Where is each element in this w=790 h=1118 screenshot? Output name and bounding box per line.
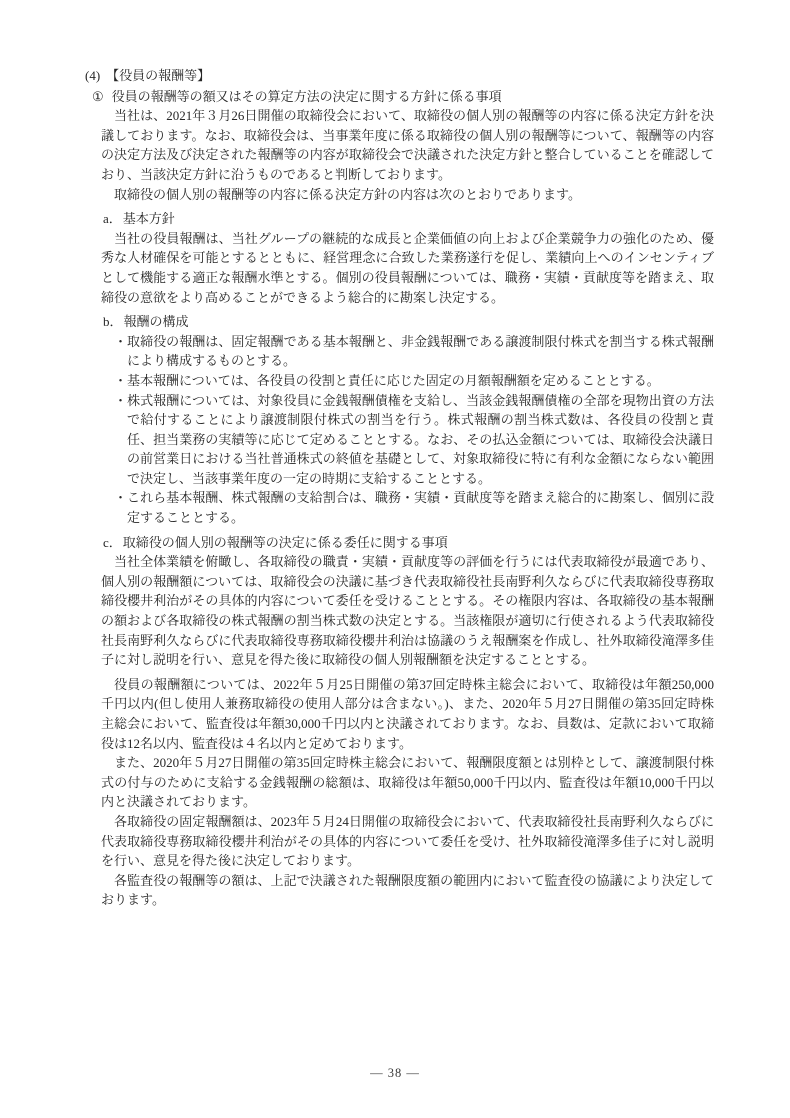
closing-paragraphs: 役員の報酬額については、2022年５月25日開催の第37回定時株主総会において、… — [101, 675, 714, 910]
subsection-a: a．基本方針 当社の役員報酬は、当社グループの継続的な成長と企業価値の向上および… — [85, 209, 714, 307]
subsection-b: b．報酬の構成 ・取締役の報酬は、固定報酬である基本報酬と、非金銭報酬である譲渡… — [85, 312, 714, 528]
subsection-a-label: a． — [103, 211, 122, 226]
subsection-c: c．取締役の個人別の報酬等の決定に係る委任に関する事項 当社全体業績を俯瞰し、各… — [85, 533, 714, 670]
paragraph: 当社全体業績を俯瞰し、各取締役の職責・実績・貢献度等の評価を行うには代表取締役が… — [101, 552, 714, 670]
paragraph: 当社の役員報酬は、当社グループの継続的な成長と企業価値の向上および企業競争力の強… — [101, 229, 714, 307]
subsection-a-heading: a．基本方針 — [103, 209, 714, 229]
paragraph: 役員の報酬額については、2022年５月25日開催の第37回定時株主総会において、… — [101, 675, 714, 753]
subsection-c-title: 取締役の個人別の報酬等の決定に係る委任に関する事項 — [123, 535, 448, 550]
subsection-c-heading: c．取締役の個人別の報酬等の決定に係る委任に関する事項 — [103, 533, 714, 553]
bullet-marker: ・ — [114, 334, 127, 349]
section-title: 【役員の報酬等】 — [106, 68, 210, 83]
subsection-b-title: 報酬の構成 — [124, 314, 189, 329]
bullet-text: 取締役の報酬は、固定報酬である基本報酬と、非金銭報酬である譲渡制限付株式を割当す… — [127, 334, 714, 369]
document-page: (4)【役員の報酬等】 ①役員の報酬等の額又はその算定方法の決定に関する方針に係… — [0, 0, 790, 1118]
subsection-a-title: 基本方針 — [123, 211, 175, 226]
subsection-c-body: 当社全体業績を俯瞰し、各取締役の職責・実績・貢献度等の評価を行うには代表取締役が… — [101, 552, 714, 670]
bullet-marker: ・ — [114, 373, 127, 388]
page-number: ― 38 ― — [370, 1066, 420, 1080]
subsection-c-label: c． — [103, 535, 122, 550]
subsection-b-heading: b．報酬の構成 — [103, 312, 714, 332]
document-content: (4)【役員の報酬等】 ①役員の報酬等の額又はその算定方法の決定に関する方針に係… — [85, 66, 714, 910]
bullet-text: 基本報酬については、各役員の役割と責任に応じた固定の月額報酬額を定めることとする… — [127, 373, 660, 388]
section-heading: (4)【役員の報酬等】 — [85, 66, 714, 86]
page-footer: ― 38 ― — [0, 1064, 790, 1084]
subsection-a-body: 当社の役員報酬は、当社グループの継続的な成長と企業価値の向上および企業競争力の強… — [101, 229, 714, 307]
item-title: 役員の報酬等の額又はその算定方法の決定に関する方針に係る事項 — [112, 89, 502, 104]
paragraph: 取締役の個人別の報酬等の内容に係る決定方針の内容は次のとおりであります。 — [101, 185, 714, 205]
subsection-b-bullet-list: ・取締役の報酬は、固定報酬である基本報酬と、非金銭報酬である譲渡制限付株式を割当… — [85, 332, 714, 528]
bullet-marker: ・ — [114, 393, 127, 408]
paragraph: 各監査役の報酬等の額は、上記で決議された報酬限度額の範囲内において監査役の協議に… — [101, 871, 714, 910]
bullet-text: これら基本報酬、株式報酬の支給割合は、職務・実績・貢献度等を踏まえ総合的に勘案し… — [127, 490, 714, 525]
item-intro: 当社は、2021年３月26日開催の取締役会において、取締役の個人別の報酬等の内容… — [101, 106, 714, 204]
section-number: (4) — [85, 68, 100, 83]
bullet-item: ・株式報酬については、対象役員に金銭報酬債権を支給し、当該金銭報酬債権の全部を現… — [114, 391, 714, 489]
bullet-marker: ・ — [114, 490, 127, 505]
paragraph: 当社は、2021年３月26日開催の取締役会において、取締役の個人別の報酬等の内容… — [101, 106, 714, 184]
bullet-item: ・取締役の報酬は、固定報酬である基本報酬と、非金銭報酬である譲渡制限付株式を割当… — [114, 332, 714, 371]
bullet-item: ・これら基本報酬、株式報酬の支給割合は、職務・実績・貢献度等を踏まえ総合的に勘案… — [114, 488, 714, 527]
item-marker: ① — [92, 89, 104, 104]
bullet-text: 株式報酬については、対象役員に金銭報酬債権を支給し、当該金銭報酬債権の全部を現物… — [127, 393, 714, 486]
bullet-item: ・基本報酬については、各役員の役割と責任に応じた固定の月額報酬額を定めることとす… — [114, 371, 714, 391]
paragraph: 各取締役の固定報酬額は、2023年５月24日開催の取締役会において、代表取締役社… — [101, 812, 714, 871]
item-heading: ①役員の報酬等の額又はその算定方法の決定に関する方針に係る事項 — [92, 87, 714, 107]
paragraph: また、2020年５月27日開催の第35回定時株主総会において、報酬限度額とは別枠… — [101, 753, 714, 812]
subsection-b-label: b． — [103, 314, 123, 329]
